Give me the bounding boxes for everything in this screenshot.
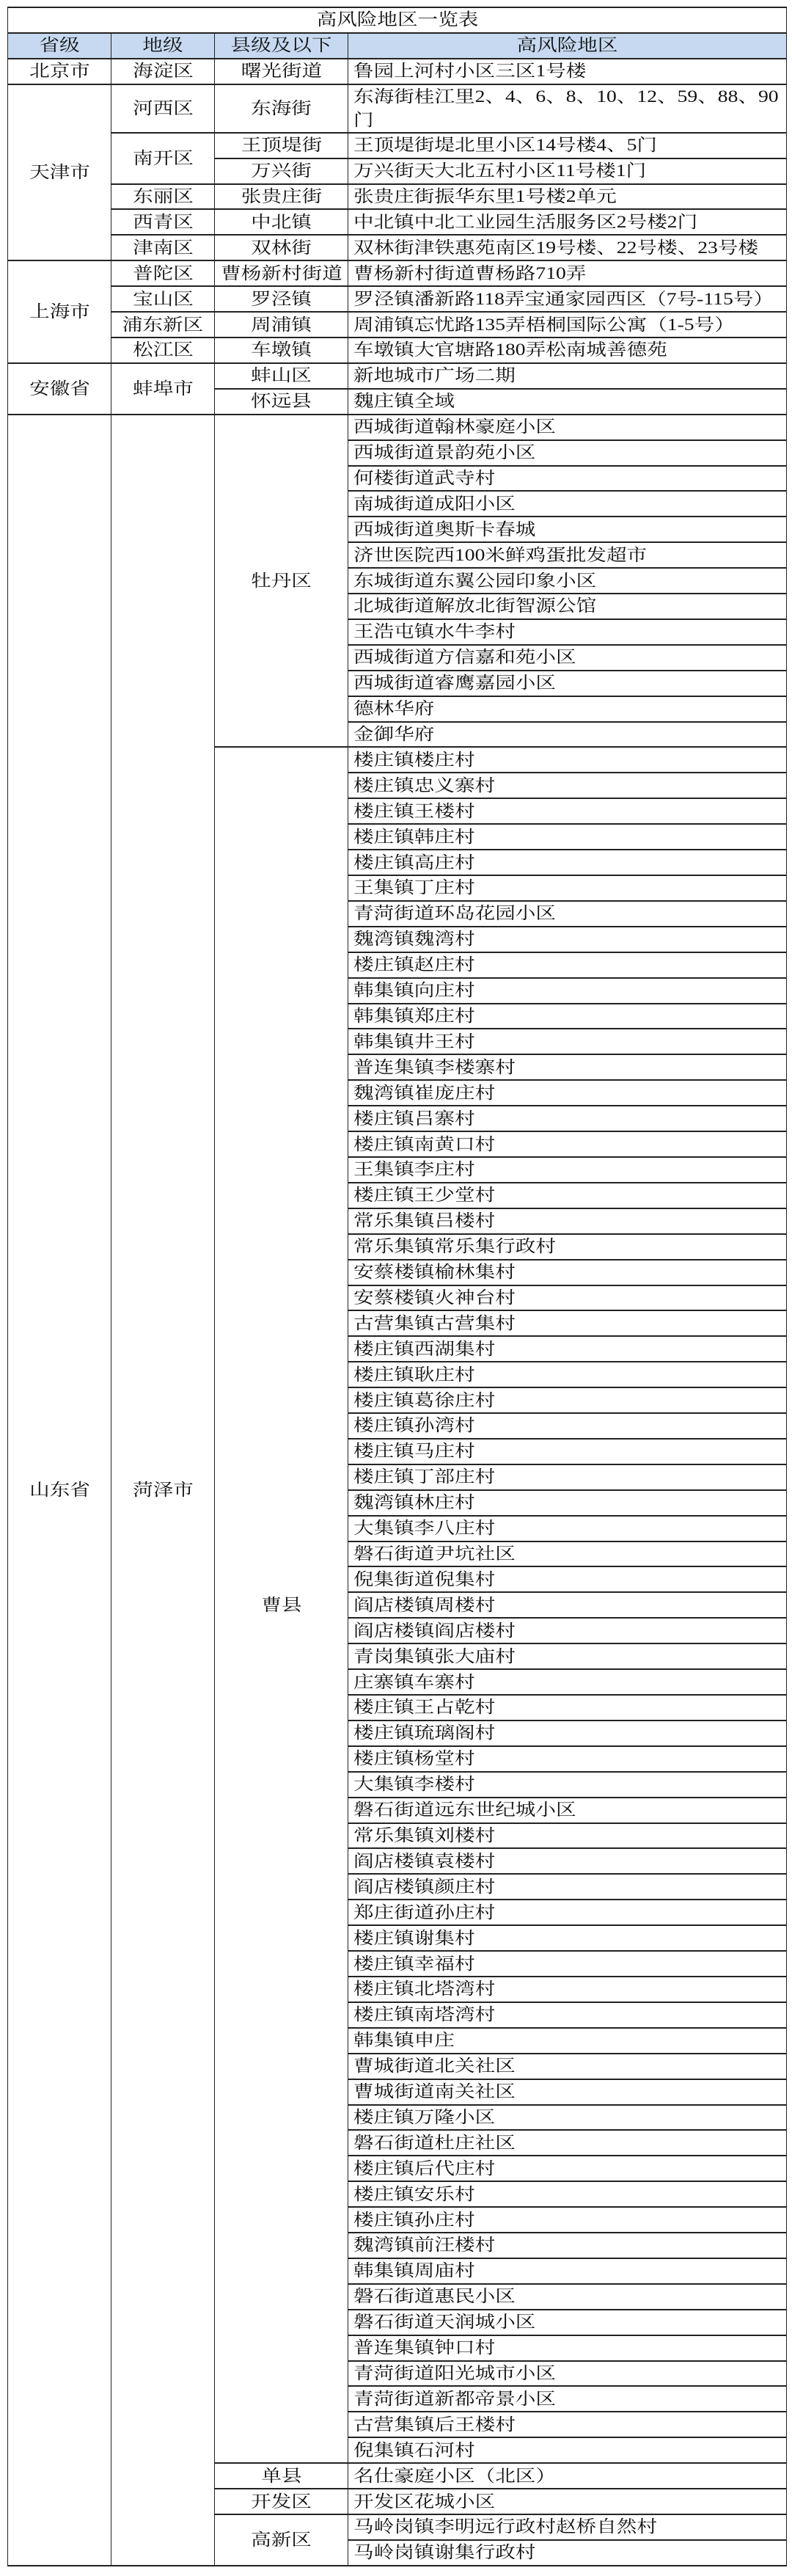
risk-area-cell: 曹杨新村街道曹杨路710弄 xyxy=(348,260,787,286)
risk-area-cell-text: 韩集镇申庄 xyxy=(353,2029,785,2052)
risk-area-cell-text: 双林街津铁惠苑南区19号楼、22号楼、23号楼 xyxy=(353,236,785,260)
risk-area-cell: 楼庄镇王少堂村 xyxy=(348,1183,787,1208)
risk-area-cell: 新地城市广场二期 xyxy=(348,363,787,389)
risk-area-cell: 青菏街道新都帝景小区 xyxy=(348,2386,787,2412)
risk-area-cell-text: 楼庄镇安乐村 xyxy=(353,2183,785,2206)
county-cell-text: 曹杨新村街道 xyxy=(221,262,342,285)
risk-area-cell-text: 魏湾镇前汪楼村 xyxy=(353,2233,785,2257)
risk-area-cell: 古营集镇后王楼村 xyxy=(348,2412,787,2437)
risk-area-cell: 西城街道睿鹰嘉园小区 xyxy=(348,671,787,696)
risk-area-cell: 大集镇李八庄村 xyxy=(348,1516,787,1541)
risk-area-cell-text: 古营集镇后王楼村 xyxy=(353,2413,785,2437)
risk-area-cell: 磐石街道惠民小区 xyxy=(348,2284,787,2310)
county-cell-text: 罗泾镇 xyxy=(251,288,312,311)
risk-area-cell: 磐石街道天润城小区 xyxy=(348,2310,787,2335)
table-title-text: 高风险地区一览表 xyxy=(316,8,478,32)
table-row: 安徽省蚌埠市蚌山区新地城市广场二期 xyxy=(8,363,787,389)
risk-area-cell-text: 张贵庄街振华东里1号楼2单元 xyxy=(353,185,785,208)
city-cell: 松江区 xyxy=(111,337,215,363)
risk-area-cell-text: 韩集镇郑庄村 xyxy=(353,1004,785,1028)
county-cell: 蚌山区 xyxy=(215,363,348,389)
risk-area-cell: 楼庄镇后代庄村 xyxy=(348,2156,787,2181)
table-row: 北京市海淀区曙光街道鲁园上河村小区三区1号楼 xyxy=(8,59,787,84)
table-row: 天津市河西区东海街东海街桂江里2、4、6、8、10、12、59、88、90门 xyxy=(8,84,787,133)
city-cell: 东丽区 xyxy=(111,184,215,210)
city-cell: 蚌埠市 xyxy=(111,363,215,415)
risk-area-cell-text: 楼庄镇孙庄村 xyxy=(353,2208,785,2232)
risk-area-cell-text: 常乐集镇常乐集行政村 xyxy=(353,1235,785,1258)
province-cell-text: 上海市 xyxy=(29,300,90,324)
risk-area-cell-text: 普连集镇钟口村 xyxy=(353,2336,785,2360)
city-cell-text: 河西区 xyxy=(133,97,194,120)
county-cell: 张贵庄街 xyxy=(215,184,348,210)
risk-area-cell-text: 普连集镇李楼寨村 xyxy=(353,1056,785,1079)
risk-area-cell: 罗泾镇潘新路118弄宝通家园西区（7号-115号） xyxy=(348,286,787,312)
risk-area-cell-text: 西城街道睿鹰嘉园小区 xyxy=(353,671,785,695)
county-cell-text: 双林街 xyxy=(251,236,312,260)
risk-area-cell-text: 青岗集镇张大庙村 xyxy=(353,1645,785,1668)
province-cell: 山东省 xyxy=(8,415,111,2566)
risk-area-cell-text: 楼庄镇韩庄村 xyxy=(353,825,785,849)
risk-area-cell: 魏湾镇崔庞庄村 xyxy=(348,1080,787,1106)
risk-area-cell-text: 安蔡楼镇榆林集村 xyxy=(353,1260,785,1284)
column-header-province: 省级 xyxy=(8,33,111,59)
risk-area-cell: 磐石街道尹坑社区 xyxy=(348,1541,787,1567)
risk-area-cell: 楼庄镇孙湾村 xyxy=(348,1413,787,1439)
column-header-area-text: 高风险地区 xyxy=(517,34,618,57)
city-cell-text: 普陀区 xyxy=(133,262,194,285)
county-cell-text: 曙光街道 xyxy=(241,59,321,83)
title-row: 高风险地区一览表 xyxy=(8,7,787,33)
city-cell-text: 蚌埠市 xyxy=(133,377,194,401)
risk-area-cell-text: 车墩镇大官塘路180弄松南城善德苑 xyxy=(353,338,785,362)
risk-area-cell-text: 王集镇李庄村 xyxy=(353,1158,785,1181)
risk-area-cell: 北城街道解放北街智源公馆 xyxy=(348,594,787,619)
risk-area-cell: 周浦镇忘忧路135弄梧桐国际公寓（1-5号） xyxy=(348,312,787,337)
risk-area-cell: 王浩屯镇水牛李村 xyxy=(348,619,787,645)
risk-area-cell-text: 庄寨镇车寨村 xyxy=(353,1671,785,1694)
risk-area-cell: 楼庄镇耿庄村 xyxy=(348,1362,787,1387)
risk-area-cell: 楼庄镇安乐村 xyxy=(348,2181,787,2207)
risk-area-cell: 马岭岗镇谢集行政村 xyxy=(348,2540,787,2566)
risk-area-cell-text: 楼庄镇孙湾村 xyxy=(353,1414,785,1437)
risk-area-cell-text: 西城街道奥斯卡春城 xyxy=(353,518,785,541)
risk-area-cell: 楼庄镇西湖集村 xyxy=(348,1336,787,1362)
risk-area-cell: 济世医院西100米鲜鸡蛋批发超市 xyxy=(348,542,787,568)
risk-area-cell-text: 青菏街道环岛花园小区 xyxy=(353,902,785,925)
risk-area-cell: 开发区花城小区 xyxy=(348,2489,787,2514)
risk-area-cell-text: 阎店楼镇周楼村 xyxy=(353,1594,785,1617)
province-cell: 北京市 xyxy=(8,59,111,84)
risk-area-cell: 王集镇李庄村 xyxy=(348,1157,787,1183)
risk-area-cell: 王顶堤街堤北里小区14号楼4、5门 xyxy=(348,133,787,158)
risk-area-cell: 车墩镇大官塘路180弄松南城善德苑 xyxy=(348,337,787,363)
risk-area-cell-text: 楼庄镇南黄口村 xyxy=(353,1133,785,1156)
column-header-county-text: 县级及以下 xyxy=(231,34,332,57)
risk-area-cell-text: 大集镇李八庄村 xyxy=(353,1517,785,1540)
risk-area-cell-text: 名仕豪庭小区（北区） xyxy=(353,2464,785,2488)
risk-area-cell-text: 楼庄镇楼庄村 xyxy=(353,748,785,772)
risk-area-cell-text: 济世医院西100米鲜鸡蛋批发超市 xyxy=(353,544,785,567)
table-row: 上海市普陀区曹杨新村街道曹杨新村街道曹杨路710弄 xyxy=(8,260,787,286)
city-cell-text: 宝山区 xyxy=(133,288,194,311)
county-cell-text: 东海街 xyxy=(251,97,312,120)
risk-area-cell: 曹城街道南关社区 xyxy=(348,2079,787,2105)
city-cell: 西青区 xyxy=(111,209,215,235)
city-cell-text: 东丽区 xyxy=(133,185,194,208)
county-cell-text: 周浦镇 xyxy=(251,313,312,337)
risk-area-cell: 楼庄镇楼庄村 xyxy=(348,747,787,773)
risk-area-cell: 磐石街道远东世纪城小区 xyxy=(348,1798,787,1823)
risk-area-cell-text: 周浦镇忘忧路135弄梧桐国际公寓（1-5号） xyxy=(353,313,785,337)
risk-area-cell-text: 楼庄镇琉璃阁村 xyxy=(353,1721,785,1745)
county-cell: 双林街 xyxy=(215,235,348,260)
county-cell: 王顶堤街 xyxy=(215,133,348,158)
risk-area-cell-text: 马岭岗镇李明远行政村赵桥自然村 xyxy=(353,2515,785,2539)
risk-area-cell-text: 楼庄镇赵庄村 xyxy=(353,953,785,977)
risk-area-cell-text: 中北镇中北工业园生活服务区2号楼2门 xyxy=(353,211,785,234)
county-cell-text: 高新区 xyxy=(251,2528,312,2552)
column-header-city-text: 地级 xyxy=(142,34,183,57)
risk-area-cell-text: 楼庄镇马庄村 xyxy=(353,1440,785,1463)
county-cell-text: 王顶堤街 xyxy=(241,134,321,157)
risk-area-cell: 韩集镇周庙村 xyxy=(348,2258,787,2284)
risk-area-cell-text: 青菏街道新都帝景小区 xyxy=(353,2387,785,2411)
risk-area-cell-text: 南城街道成阳小区 xyxy=(353,492,785,516)
risk-area-cell-text: 安蔡楼镇火神台村 xyxy=(353,1286,785,1310)
city-cell: 河西区 xyxy=(111,84,215,133)
risk-area-cell: 常乐集镇刘楼村 xyxy=(348,1823,787,1849)
city-cell: 普陀区 xyxy=(111,260,215,286)
risk-area-cell: 楼庄镇北塔湾村 xyxy=(348,1977,787,2002)
risk-area-cell: 万兴街天大北五村小区11号楼1门 xyxy=(348,158,787,184)
risk-area-cell-text: 金御华府 xyxy=(353,723,785,746)
risk-area-cell: 倪集街道倪集村 xyxy=(348,1566,787,1592)
risk-area-cell-text: 郑庄街道孙庄村 xyxy=(353,1901,785,1924)
risk-area-cell: 西城街道翰林豪庭小区 xyxy=(348,415,787,440)
risk-area-cell: 魏湾镇前汪楼村 xyxy=(348,2233,787,2258)
risk-area-cell: 阎店楼镇颜庄村 xyxy=(348,1874,787,1900)
risk-area-cell: 大集镇李楼村 xyxy=(348,1772,787,1798)
county-cell-text: 蚌山区 xyxy=(251,364,312,387)
city-cell-text: 南开区 xyxy=(133,147,194,170)
county-cell: 罗泾镇 xyxy=(215,286,348,312)
risk-area-cell-text: 魏湾镇崔庞庄村 xyxy=(353,1081,785,1105)
high-risk-areas-table: 高风险地区一览表 省级 地级 县级及以下 高风险地区 北京市海淀区曙光街道鲁园上… xyxy=(7,7,787,2566)
table-title: 高风险地区一览表 xyxy=(8,7,787,33)
risk-area-cell: 何楼街道武寺村 xyxy=(348,466,787,492)
city-cell-text: 西青区 xyxy=(133,211,194,234)
risk-area-cell-text: 楼庄镇西湖集村 xyxy=(353,1338,785,1361)
risk-area-cell-text: 楼庄镇万隆小区 xyxy=(353,2106,785,2129)
risk-area-cell-text: 开发区花城小区 xyxy=(353,2490,785,2514)
risk-area-cell: 庄寨镇车寨村 xyxy=(348,1669,787,1695)
risk-area-cell-text: 楼庄镇高庄村 xyxy=(353,851,785,875)
county-cell: 周浦镇 xyxy=(215,312,348,337)
table-row: 西青区中北镇中北镇中北工业园生活服务区2号楼2门 xyxy=(8,209,787,235)
city-cell-text: 松江区 xyxy=(133,338,194,362)
risk-area-cell-text: 曹城街道南关社区 xyxy=(353,2080,785,2104)
risk-area-cell-text: 德林华府 xyxy=(353,697,785,720)
risk-area-cell: 楼庄镇丁部庄村 xyxy=(348,1464,787,1490)
risk-area-cell-text: 楼庄镇北塔湾村 xyxy=(353,1977,785,2001)
risk-area-cell: 楼庄镇南塔湾村 xyxy=(348,2002,787,2028)
risk-area-cell: 双林街津铁惠苑南区19号楼、22号楼、23号楼 xyxy=(348,235,787,260)
table-row: 浦东新区周浦镇周浦镇忘忧路135弄梧桐国际公寓（1-5号） xyxy=(8,312,787,337)
risk-area-cell: 普连集镇李楼寨村 xyxy=(348,1054,787,1080)
risk-area-cell: 楼庄镇王占乾村 xyxy=(348,1695,787,1721)
risk-area-cell-text: 万兴街天大北五村小区11号楼1门 xyxy=(353,159,785,183)
city-cell-text: 津南区 xyxy=(133,236,194,260)
county-cell: 怀远县 xyxy=(215,389,348,415)
risk-area-cell: 安蔡楼镇榆林集村 xyxy=(348,1260,787,1285)
risk-area-cell-text: 磐石街道杜庄社区 xyxy=(353,2131,785,2155)
risk-area-cell-text: 魏庄镇全域 xyxy=(353,390,785,413)
risk-area-cell: 阎店楼镇周楼村 xyxy=(348,1592,787,1618)
county-cell: 曹杨新村街道 xyxy=(215,260,348,286)
province-cell-text: 北京市 xyxy=(29,59,90,83)
risk-area-cell-text: 楼庄镇忠义寨村 xyxy=(353,774,785,798)
column-header-province-text: 省级 xyxy=(39,34,79,57)
risk-area-cell-text: 韩集镇向庄村 xyxy=(353,979,785,1002)
risk-area-cell: 楼庄镇幸福村 xyxy=(348,1951,787,1977)
city-cell-text: 浦东新区 xyxy=(122,313,203,337)
province-cell-text: 天津市 xyxy=(29,161,90,184)
risk-area-cell-text: 韩集镇周庙村 xyxy=(353,2259,785,2283)
province-cell-text: 安徽省 xyxy=(29,377,90,401)
risk-area-cell-text: 常乐集镇吕楼村 xyxy=(353,1209,785,1233)
column-header-row: 省级 地级 县级及以下 高风险地区 xyxy=(8,33,787,59)
county-cell: 曙光街道 xyxy=(215,59,348,84)
province-cell-text: 山东省 xyxy=(29,1478,90,1502)
county-cell-text: 曹县 xyxy=(261,1594,301,1617)
risk-area-cell: 古营集镇古营集村 xyxy=(348,1310,787,1336)
province-cell: 上海市 xyxy=(8,260,111,363)
risk-area-cell: 王集镇丁庄村 xyxy=(348,875,787,901)
risk-area-cell: 名仕豪庭小区（北区） xyxy=(348,2463,787,2489)
city-cell: 菏泽市 xyxy=(111,415,215,2566)
risk-area-cell-text: 楼庄镇后代庄村 xyxy=(353,2157,785,2181)
county-cell: 牡丹区 xyxy=(215,415,348,748)
risk-area-cell: 郑庄街道孙庄村 xyxy=(348,1900,787,1925)
risk-area-cell: 东海街桂江里2、4、6、8、10、12、59、88、90门 xyxy=(348,84,787,133)
city-cell: 宝山区 xyxy=(111,286,215,312)
risk-area-cell-text: 楼庄镇南塔湾村 xyxy=(353,2003,785,2026)
risk-area-cell-text: 楼庄镇王少堂村 xyxy=(353,1183,785,1207)
risk-area-cell: 倪集镇石河村 xyxy=(348,2437,787,2463)
risk-area-cell: 魏庄镇全域 xyxy=(348,389,787,415)
county-cell-text: 万兴街 xyxy=(251,159,312,183)
table-head: 高风险地区一览表 省级 地级 县级及以下 高风险地区 xyxy=(8,7,787,59)
risk-area-cell-text: 新地城市广场二期 xyxy=(353,364,785,387)
risk-area-cell: 韩集镇申庄 xyxy=(348,2028,787,2054)
risk-area-cell-text: 西城街道景韵苑小区 xyxy=(353,441,785,464)
table-row: 山东省菏泽市牡丹区西城街道翰林豪庭小区 xyxy=(8,415,787,440)
county-cell: 东海街 xyxy=(215,84,348,133)
risk-area-cell: 常乐集镇常乐集行政村 xyxy=(348,1234,787,1260)
city-cell: 津南区 xyxy=(111,235,215,260)
risk-area-cell: 楼庄镇高庄村 xyxy=(348,850,787,875)
risk-area-cell: 金御华府 xyxy=(348,722,787,748)
risk-area-cell: 青菏街道环岛花园小区 xyxy=(348,901,787,927)
county-cell: 曹县 xyxy=(215,747,348,2463)
risk-area-cell-text: 楼庄镇丁部庄村 xyxy=(353,1465,785,1489)
county-cell-text: 怀远县 xyxy=(251,390,312,413)
county-cell: 高新区 xyxy=(215,2514,348,2566)
risk-area-cell-text: 青菏街道阳光城市小区 xyxy=(353,2362,785,2385)
column-header-city: 地级 xyxy=(111,33,215,59)
risk-area-cell-text: 阎店楼镇阎店楼村 xyxy=(353,1619,785,1643)
risk-area-cell: 东城街道东翼公园印象小区 xyxy=(348,568,787,594)
risk-area-cell-text: 东海街桂江里2、4、6、8、10、12、59、88、90门 xyxy=(353,85,785,132)
city-cell: 南开区 xyxy=(111,133,215,184)
county-cell: 车墩镇 xyxy=(215,337,348,363)
risk-area-cell-text: 北城街道解放北街智源公馆 xyxy=(353,594,785,618)
risk-area-cell: 德林华府 xyxy=(348,696,787,722)
risk-area-cell: 楼庄镇马庄村 xyxy=(348,1439,787,1464)
risk-area-cell-text: 大集镇李楼村 xyxy=(353,1773,785,1796)
county-cell-text: 牡丹区 xyxy=(251,569,312,593)
risk-area-cell-text: 罗泾镇潘新路118弄宝通家园西区（7号-115号） xyxy=(353,288,785,311)
risk-area-cell-text: 磐石街道惠民小区 xyxy=(353,2285,785,2308)
county-cell-text: 车墩镇 xyxy=(251,338,312,362)
risk-area-cell-text: 楼庄镇王楼村 xyxy=(353,800,785,823)
city-cell: 海淀区 xyxy=(111,59,215,84)
risk-area-cell: 曹城街道北关社区 xyxy=(348,2054,787,2079)
risk-area-cell: 鲁园上河村小区三区1号楼 xyxy=(348,59,787,84)
risk-area-cell-text: 西城街道翰林豪庭小区 xyxy=(353,415,785,439)
county-cell: 中北镇 xyxy=(215,209,348,235)
county-cell-text: 单县 xyxy=(261,2464,301,2488)
risk-area-cell: 阎店楼镇阎店楼村 xyxy=(348,1618,787,1643)
risk-area-cell-text: 曹城街道北关社区 xyxy=(353,2054,785,2078)
risk-area-cell-text: 王集镇丁庄村 xyxy=(353,876,785,900)
county-cell: 单县 xyxy=(215,2463,348,2489)
risk-area-cell-text: 磐石街道天润城小区 xyxy=(353,2310,785,2334)
risk-area-cell-text: 王浩屯镇水牛李村 xyxy=(353,620,785,643)
county-cell-text: 开发区 xyxy=(251,2490,312,2514)
table-row: 南开区王顶堤街王顶堤街堤北里小区14号楼4、5门 xyxy=(8,133,787,158)
risk-area-cell: 楼庄镇葛徐庄村 xyxy=(348,1387,787,1413)
risk-area-cell: 西城街道奥斯卡春城 xyxy=(348,517,787,542)
risk-area-cell-text: 倪集镇石河村 xyxy=(353,2439,785,2462)
risk-area-cell-text: 曹杨新村街道曹杨路710弄 xyxy=(353,262,785,285)
table-row: 东丽区张贵庄街张贵庄街振华东里1号楼2单元 xyxy=(8,184,787,210)
risk-area-cell: 阎店楼镇袁楼村 xyxy=(348,1848,787,1874)
risk-area-cell-text: 魏湾镇林庄村 xyxy=(353,1491,785,1514)
risk-area-cell-text: 常乐集镇刘楼村 xyxy=(353,1824,785,1847)
risk-area-cell-text: 楼庄镇幸福村 xyxy=(353,1952,785,1976)
county-cell: 万兴街 xyxy=(215,158,348,184)
risk-area-cell: 魏湾镇林庄村 xyxy=(348,1490,787,1516)
risk-area-cell: 楼庄镇南黄口村 xyxy=(348,1131,787,1157)
risk-area-cell-text: 东城街道东翼公园印象小区 xyxy=(353,569,785,593)
risk-area-cell-text: 楼庄镇杨堂村 xyxy=(353,1747,785,1770)
risk-area-cell: 韩集镇向庄村 xyxy=(348,978,787,1004)
risk-area-cell: 安蔡楼镇火神台村 xyxy=(348,1285,787,1311)
risk-area-cell: 韩集镇井王村 xyxy=(348,1029,787,1054)
risk-area-cell-text: 何楼街道武寺村 xyxy=(353,467,785,490)
risk-area-cell-text: 楼庄镇谢集村 xyxy=(353,1927,785,1950)
risk-area-cell: 楼庄镇忠义寨村 xyxy=(348,773,787,798)
risk-area-cell: 马岭岗镇李明远行政村赵桥自然村 xyxy=(348,2514,787,2540)
risk-area-cell: 楼庄镇吕寨村 xyxy=(348,1106,787,1131)
risk-area-cell: 楼庄镇万隆小区 xyxy=(348,2105,787,2131)
risk-area-cell-text: 王顶堤街堤北里小区14号楼4、5门 xyxy=(353,134,785,157)
table-row: 松江区车墩镇车墩镇大官塘路180弄松南城善德苑 xyxy=(8,337,787,363)
city-cell: 浦东新区 xyxy=(111,312,215,337)
risk-area-cell-text: 楼庄镇吕寨村 xyxy=(353,1107,785,1131)
risk-area-cell-text: 魏湾镇魏湾村 xyxy=(353,927,785,951)
risk-area-cell: 青菏街道阳光城市小区 xyxy=(348,2361,787,2387)
risk-area-cell-text: 马岭岗镇谢集行政村 xyxy=(353,2541,785,2564)
risk-area-cell: 西城街道方信嘉和苑小区 xyxy=(348,645,787,671)
risk-area-cell: 楼庄镇琉璃阁村 xyxy=(348,1721,787,1746)
risk-area-cell: 楼庄镇谢集村 xyxy=(348,1925,787,1951)
risk-area-cell-text: 倪集街道倪集村 xyxy=(353,1568,785,1591)
province-cell: 安徽省 xyxy=(8,363,111,415)
column-header-area: 高风险地区 xyxy=(348,33,787,59)
county-cell-text: 中北镇 xyxy=(251,211,312,234)
risk-area-cell-text: 古营集镇古营集村 xyxy=(353,1312,785,1335)
risk-area-cell: 楼庄镇赵庄村 xyxy=(348,952,787,978)
risk-area-cell-text: 西城街道方信嘉和苑小区 xyxy=(353,646,785,669)
county-cell: 开发区 xyxy=(215,2489,348,2514)
risk-area-cell: 中北镇中北工业园生活服务区2号楼2门 xyxy=(348,209,787,235)
risk-area-cell: 楼庄镇孙庄村 xyxy=(348,2207,787,2233)
risk-area-cell: 南城街道成阳小区 xyxy=(348,491,787,517)
risk-area-cell: 青岗集镇张大庙村 xyxy=(348,1643,787,1669)
risk-area-cell: 楼庄镇韩庄村 xyxy=(348,824,787,850)
risk-area-cell: 磐石街道杜庄社区 xyxy=(348,2130,787,2156)
risk-area-cell-text: 楼庄镇王占乾村 xyxy=(353,1696,785,1719)
risk-area-cell: 西城街道景韵苑小区 xyxy=(348,440,787,466)
risk-area-cell: 楼庄镇王楼村 xyxy=(348,798,787,824)
risk-area-cell: 常乐集镇吕楼村 xyxy=(348,1208,787,1234)
risk-area-cell-text: 磐石街道远东世纪城小区 xyxy=(353,1798,785,1822)
table-row: 津南区双林街双林街津铁惠苑南区19号楼、22号楼、23号楼 xyxy=(8,235,787,260)
table-body: 北京市海淀区曙光街道鲁园上河村小区三区1号楼天津市河西区东海街东海街桂江里2、4… xyxy=(8,59,787,2566)
risk-area-cell-text: 鲁园上河村小区三区1号楼 xyxy=(353,59,785,83)
risk-area-cell: 韩集镇郑庄村 xyxy=(348,1004,787,1029)
risk-area-cell-text: 楼庄镇葛徐庄村 xyxy=(353,1389,785,1412)
risk-area-cell: 张贵庄街振华东里1号楼2单元 xyxy=(348,184,787,210)
risk-area-cell: 普连集镇钟口村 xyxy=(348,2335,787,2361)
risk-area-cell-text: 楼庄镇耿庄村 xyxy=(353,1363,785,1387)
risk-area-cell-text: 阎店楼镇颜庄村 xyxy=(353,1875,785,1899)
risk-area-cell-text: 韩集镇井王村 xyxy=(353,1030,785,1054)
risk-area-cell: 楼庄镇杨堂村 xyxy=(348,1746,787,1772)
risk-area-cell: 魏湾镇魏湾村 xyxy=(348,927,787,952)
province-cell: 天津市 xyxy=(8,84,111,261)
column-header-county: 县级及以下 xyxy=(215,33,348,59)
table-row: 宝山区罗泾镇罗泾镇潘新路118弄宝通家园西区（7号-115号） xyxy=(8,286,787,312)
city-cell-text: 海淀区 xyxy=(133,59,194,83)
city-cell-text: 菏泽市 xyxy=(133,1478,194,1502)
county-cell-text: 张贵庄街 xyxy=(241,185,321,208)
risk-area-cell-text: 阎店楼镇袁楼村 xyxy=(353,1850,785,1873)
risk-area-cell-text: 磐石街道尹坑社区 xyxy=(353,1542,785,1566)
